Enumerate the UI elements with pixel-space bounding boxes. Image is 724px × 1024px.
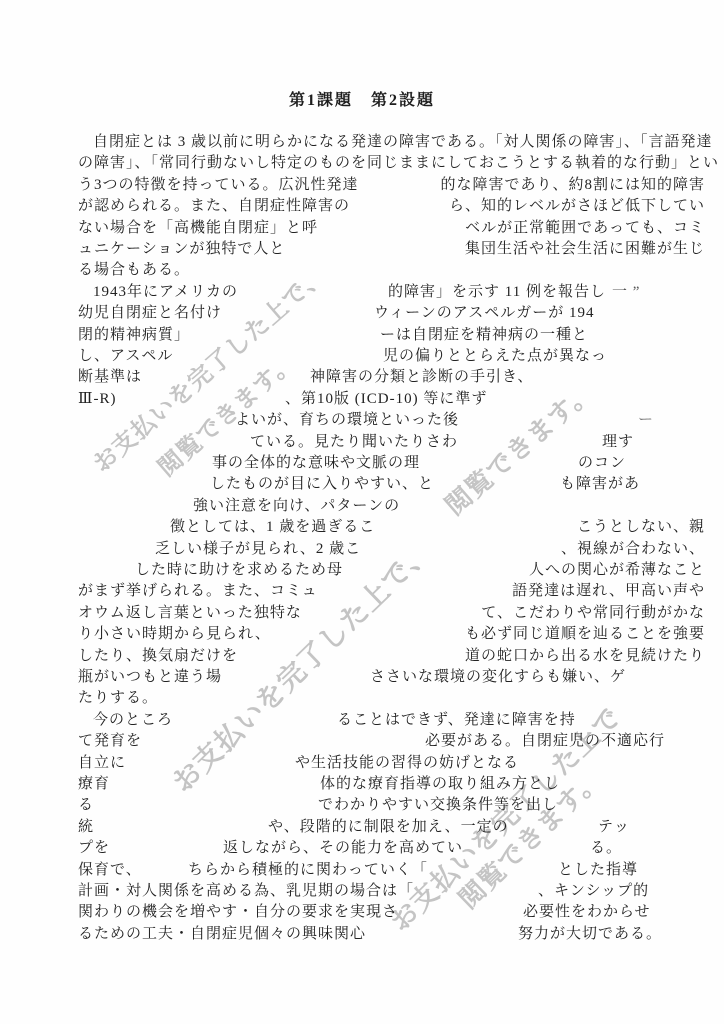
text-fragment: 集団生活や社会生活に困難が生じ bbox=[465, 239, 705, 260]
text-fragment: 必要がある。自閉症児の不適応行 bbox=[425, 731, 665, 752]
text-line: 断基準は神障害の分類と診断の手引き、 bbox=[0, 367, 724, 389]
text-fragment: る。 bbox=[590, 838, 622, 859]
text-line: 自閉症とは 3 歳以前に明らかになる発達の障害である。「対人関係の障害」、「言語… bbox=[0, 132, 724, 154]
text-fragment: る場合もある。 bbox=[78, 260, 190, 281]
text-fragment: 理す bbox=[602, 432, 634, 453]
text-fragment: でわかりやすい交換条件等を出し bbox=[318, 795, 558, 816]
text-fragment: 関わりの機会を増やす・自分の要求を実現さ bbox=[78, 902, 398, 923]
text-fragment: るための工夫・自閉症児個々の興味関心 bbox=[78, 924, 366, 945]
text-line: ュニケーションが独特で人と集団生活や社会生活に困難が生じ bbox=[0, 239, 724, 261]
text-fragment: 的障害」を示す 11 例を報告し bbox=[388, 282, 606, 303]
text-fragment: こうとしない、親 bbox=[577, 517, 705, 538]
text-line: ない場合を「高機能自閉症」と呼ベルが正常範囲であっても、コミ bbox=[0, 218, 724, 240]
text-fragment: ュニケーションが独特で人と bbox=[78, 239, 285, 260]
page-title: 第1課題 第2設題 bbox=[0, 87, 724, 110]
text-fragment: Ⅲ-R) bbox=[78, 389, 116, 410]
text-fragment: も必ず同じ道順を辿ることを強要 bbox=[465, 624, 705, 645]
text-fragment: 的な障害であり、約8割には知的障害 bbox=[440, 175, 705, 196]
text-line: よいが、育ちの環境といった後ー bbox=[0, 410, 724, 432]
text-line: Ⅲ-R)、第10版 (ICD-10) 等に準ず bbox=[0, 389, 724, 411]
text-fragment: ー bbox=[638, 410, 654, 431]
text-fragment: 自立に bbox=[78, 753, 126, 774]
text-fragment: て、こだわりや常同行動がかな bbox=[481, 603, 705, 624]
text-line: 事の全体的な意味や文脈の理のコン bbox=[0, 453, 724, 475]
text-line: たりする。 bbox=[0, 688, 724, 710]
text-fragment: う3つの特徴を持っている。広汎性発達 bbox=[78, 175, 359, 196]
text-fragment: 閉的精神病質」 bbox=[78, 325, 190, 346]
text-fragment: の障害」、「常同行動ないし特定のものを同じままにしておこうとする執着的な行動」と… bbox=[78, 153, 719, 174]
text-line: ている。見たり聞いたりさわ理す bbox=[0, 432, 724, 454]
text-fragment: ている。見たり聞いたりさわ bbox=[250, 432, 458, 453]
text-line: し、アスペル児の偏りととらえた点が異なっ bbox=[0, 346, 724, 368]
text-fragment: ない場合を「高機能自閉症」と呼 bbox=[78, 218, 318, 239]
text-fragment: ささいな環境の変化すらも嫌い、ゲ bbox=[370, 667, 626, 688]
text-line: 徴としては、1 歳を過ぎるここうとしない、親 bbox=[0, 517, 724, 539]
text-line: り小さい時期から見られ、も必ず同じ道順を辿ることを強要 bbox=[0, 624, 724, 646]
text-line: 保育で、ちらから積極的に関わっていく「とした指導 bbox=[0, 860, 724, 882]
text-line: 1943年にアメリカの的障害」を示す 11 例を報告し一 ” bbox=[0, 282, 724, 304]
text-fragment: したものが目に入りやすい、と bbox=[210, 474, 434, 495]
text-fragment: や生活技能の習得の妨げとなる bbox=[295, 753, 519, 774]
text-line: る場合もある。 bbox=[0, 260, 724, 282]
text-fragment: て発育を bbox=[78, 731, 142, 752]
text-line: 乏しい様子が見られ、2 歳こ、視線が合わない、 bbox=[0, 539, 724, 561]
text-fragment: し、アスペル bbox=[78, 346, 173, 367]
text-fragment: 徴としては、1 歳を過ぎるこ bbox=[170, 517, 375, 538]
text-fragment: 事の全体的な意味や文脈の理 bbox=[212, 453, 420, 474]
text-fragment: 乏しい様子が見られ、2 歳こ bbox=[155, 539, 361, 560]
text-fragment: 、キンシップ的 bbox=[538, 881, 649, 902]
text-line: 瓶がいつもと違う場ささいな環境の変化すらも嫌い、ゲ bbox=[0, 667, 724, 689]
text-fragment: 神障害の分類と診断の手引き、 bbox=[310, 367, 533, 388]
text-fragment: が認められる。また、自閉症性障害の bbox=[78, 196, 350, 217]
text-line: 自立にや生活技能の習得の妨げとなる bbox=[0, 753, 724, 775]
text-fragment: テッ bbox=[598, 817, 630, 838]
text-fragment: とした指導 bbox=[558, 860, 638, 881]
text-fragment: 一 ” bbox=[612, 282, 640, 303]
text-fragment: や、段階的に制限を加え、一定の bbox=[268, 817, 509, 838]
text-fragment: 人への関心が希薄なこと bbox=[529, 560, 705, 581]
text-fragment: ウィーンのアスペルガーが 194 bbox=[374, 303, 594, 324]
text-line: う3つの特徴を持っている。広汎性発達的な障害であり、約8割には知的障害 bbox=[0, 175, 724, 197]
text-fragment: 計画・対人関係を高める為、乳児期の場合は「 bbox=[78, 881, 414, 902]
text-fragment: ちらから積極的に関わっていく「 bbox=[188, 860, 428, 881]
text-fragment: 語発達は遅れ、甲高い声や bbox=[512, 581, 705, 602]
text-line: オウム返し言葉といった独特なて、こだわりや常同行動がかな bbox=[0, 603, 724, 625]
text-fragment: よいが、育ちの環境といった後 bbox=[235, 410, 459, 431]
text-fragment: ることはできず、発達に障害を持 bbox=[337, 710, 576, 731]
text-line: 関わりの機会を増やす・自分の要求を実現さ必要性をわからせ bbox=[0, 902, 724, 924]
text-line: 療育体的な療育指導の取り組み方とし bbox=[0, 774, 724, 796]
text-line: の障害」、「常同行動ないし特定のものを同じままにしておこうとする執着的な行動」と… bbox=[0, 153, 724, 175]
text-fragment: 統 bbox=[78, 817, 94, 838]
text-line: が認められる。また、自閉症性障害のら、知的レベルがさほど低下してい bbox=[0, 196, 724, 218]
text-line: 閉的精神病質」ーは自閉症を精神病の一種と bbox=[0, 325, 724, 347]
text-fragment: 瓶がいつもと違う場 bbox=[78, 667, 222, 688]
text-line: したり、換気扇だけを道の蛇口から出る水を見続けたり bbox=[0, 646, 724, 668]
text-line: 今のところることはできず、発達に障害を持 bbox=[0, 710, 724, 732]
text-fragment: したり、換気扇だけを bbox=[78, 646, 238, 667]
text-line: がまず挙げられる。また、コミュ語発達は遅れ、甲高い声や bbox=[0, 581, 724, 603]
text-fragment: 児の偏りととらえた点が異なっ bbox=[383, 346, 607, 367]
text-fragment: 療育 bbox=[78, 774, 110, 795]
text-fragment: 必要性をわからせ bbox=[523, 902, 651, 923]
text-fragment: ーは自閉症を精神病の一種と bbox=[380, 325, 588, 346]
text-line: 強い注意を向け、パターンの bbox=[0, 496, 724, 518]
text-fragment: 幼児自閉症と名付け bbox=[78, 303, 222, 324]
text-line: プを返しながら、その能力を高めている。 bbox=[0, 838, 724, 860]
text-fragment: がまず挙げられる。また、コミュ bbox=[78, 581, 318, 602]
text-line: るための工夫・自閉症児個々の興味関心努力が大切である。 bbox=[0, 924, 724, 946]
text-fragment: 、第10版 (ICD-10) 等に準ず bbox=[285, 389, 487, 410]
text-fragment: る bbox=[78, 795, 94, 816]
text-fragment: 道の蛇口から出る水を見続けたり bbox=[465, 646, 705, 667]
document-page: 第1課題 第2設題 お支払いを完了した上で、閲覧できます。閲覧できます。お支払い… bbox=[0, 0, 724, 1024]
text-fragment: 返しながら、その能力を高めてい bbox=[223, 838, 463, 859]
text-line: 統や、段階的に制限を加え、一定のテッ bbox=[0, 817, 724, 839]
text-fragment: も障害があ bbox=[560, 474, 640, 495]
text-fragment: 強い注意を向け、パターンの bbox=[193, 496, 400, 517]
text-fragment: のコン bbox=[578, 453, 626, 474]
text-fragment: 、視線が合わない、 bbox=[561, 539, 705, 560]
text-fragment: 体的な療育指導の取り組み方とし bbox=[320, 774, 560, 795]
text-fragment: 1943年にアメリカの bbox=[93, 282, 238, 303]
text-line: した時に助けを求めるため母人への関心が希薄なこと bbox=[0, 560, 724, 582]
text-fragment: たりする。 bbox=[78, 688, 158, 709]
text-line: 計画・対人関係を高める為、乳児期の場合は「、キンシップ的 bbox=[0, 881, 724, 903]
text-line: て発育を必要がある。自閉症児の不適応行 bbox=[0, 731, 724, 753]
text-fragment: ら、知的レベルがさほど低下してい bbox=[449, 196, 705, 217]
text-line: したものが目に入りやすい、とも障害があ bbox=[0, 474, 724, 496]
text-fragment: り小さい時期から見られ、 bbox=[78, 624, 271, 645]
text-fragment: 今のところ bbox=[93, 710, 173, 731]
text-fragment: オウム返し言葉といった独特な bbox=[78, 603, 302, 624]
text-line: るでわかりやすい交換条件等を出し bbox=[0, 795, 724, 817]
text-fragment: 自閉症とは 3 歳以前に明らかになる発達の障害である。「対人関係の障害」、「言語… bbox=[93, 132, 713, 153]
text-fragment: 断基準は bbox=[78, 367, 142, 388]
text-line: 幼児自閉症と名付けウィーンのアスペルガーが 194 bbox=[0, 303, 724, 325]
text-fragment: ベルが正常範囲であっても、コミ bbox=[465, 218, 705, 239]
text-fragment: 保育で、 bbox=[78, 860, 142, 881]
text-fragment: 努力が大切である。 bbox=[518, 924, 662, 945]
text-fragment: プを bbox=[78, 838, 110, 859]
text-fragment: した時に助けを求めるため母 bbox=[135, 560, 343, 581]
